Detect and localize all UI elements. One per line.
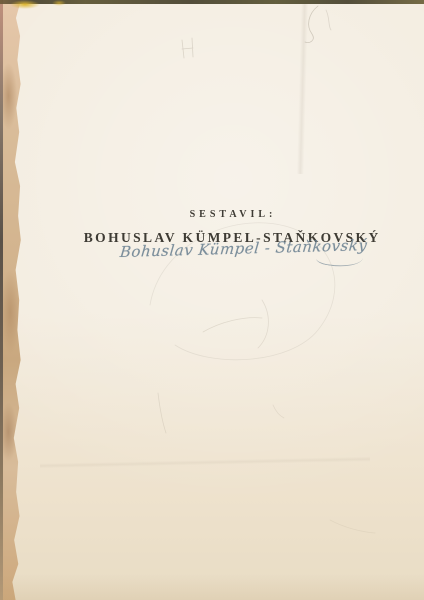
compiled-by-label: SESTAVIL:	[38, 209, 424, 220]
scanned-book-page: SESTAVIL: BOHUSLAV KÜMPEL-STAŇKOVSKÝ Boh…	[0, 0, 424, 600]
pencil-marks-overlay	[0, 0, 424, 600]
